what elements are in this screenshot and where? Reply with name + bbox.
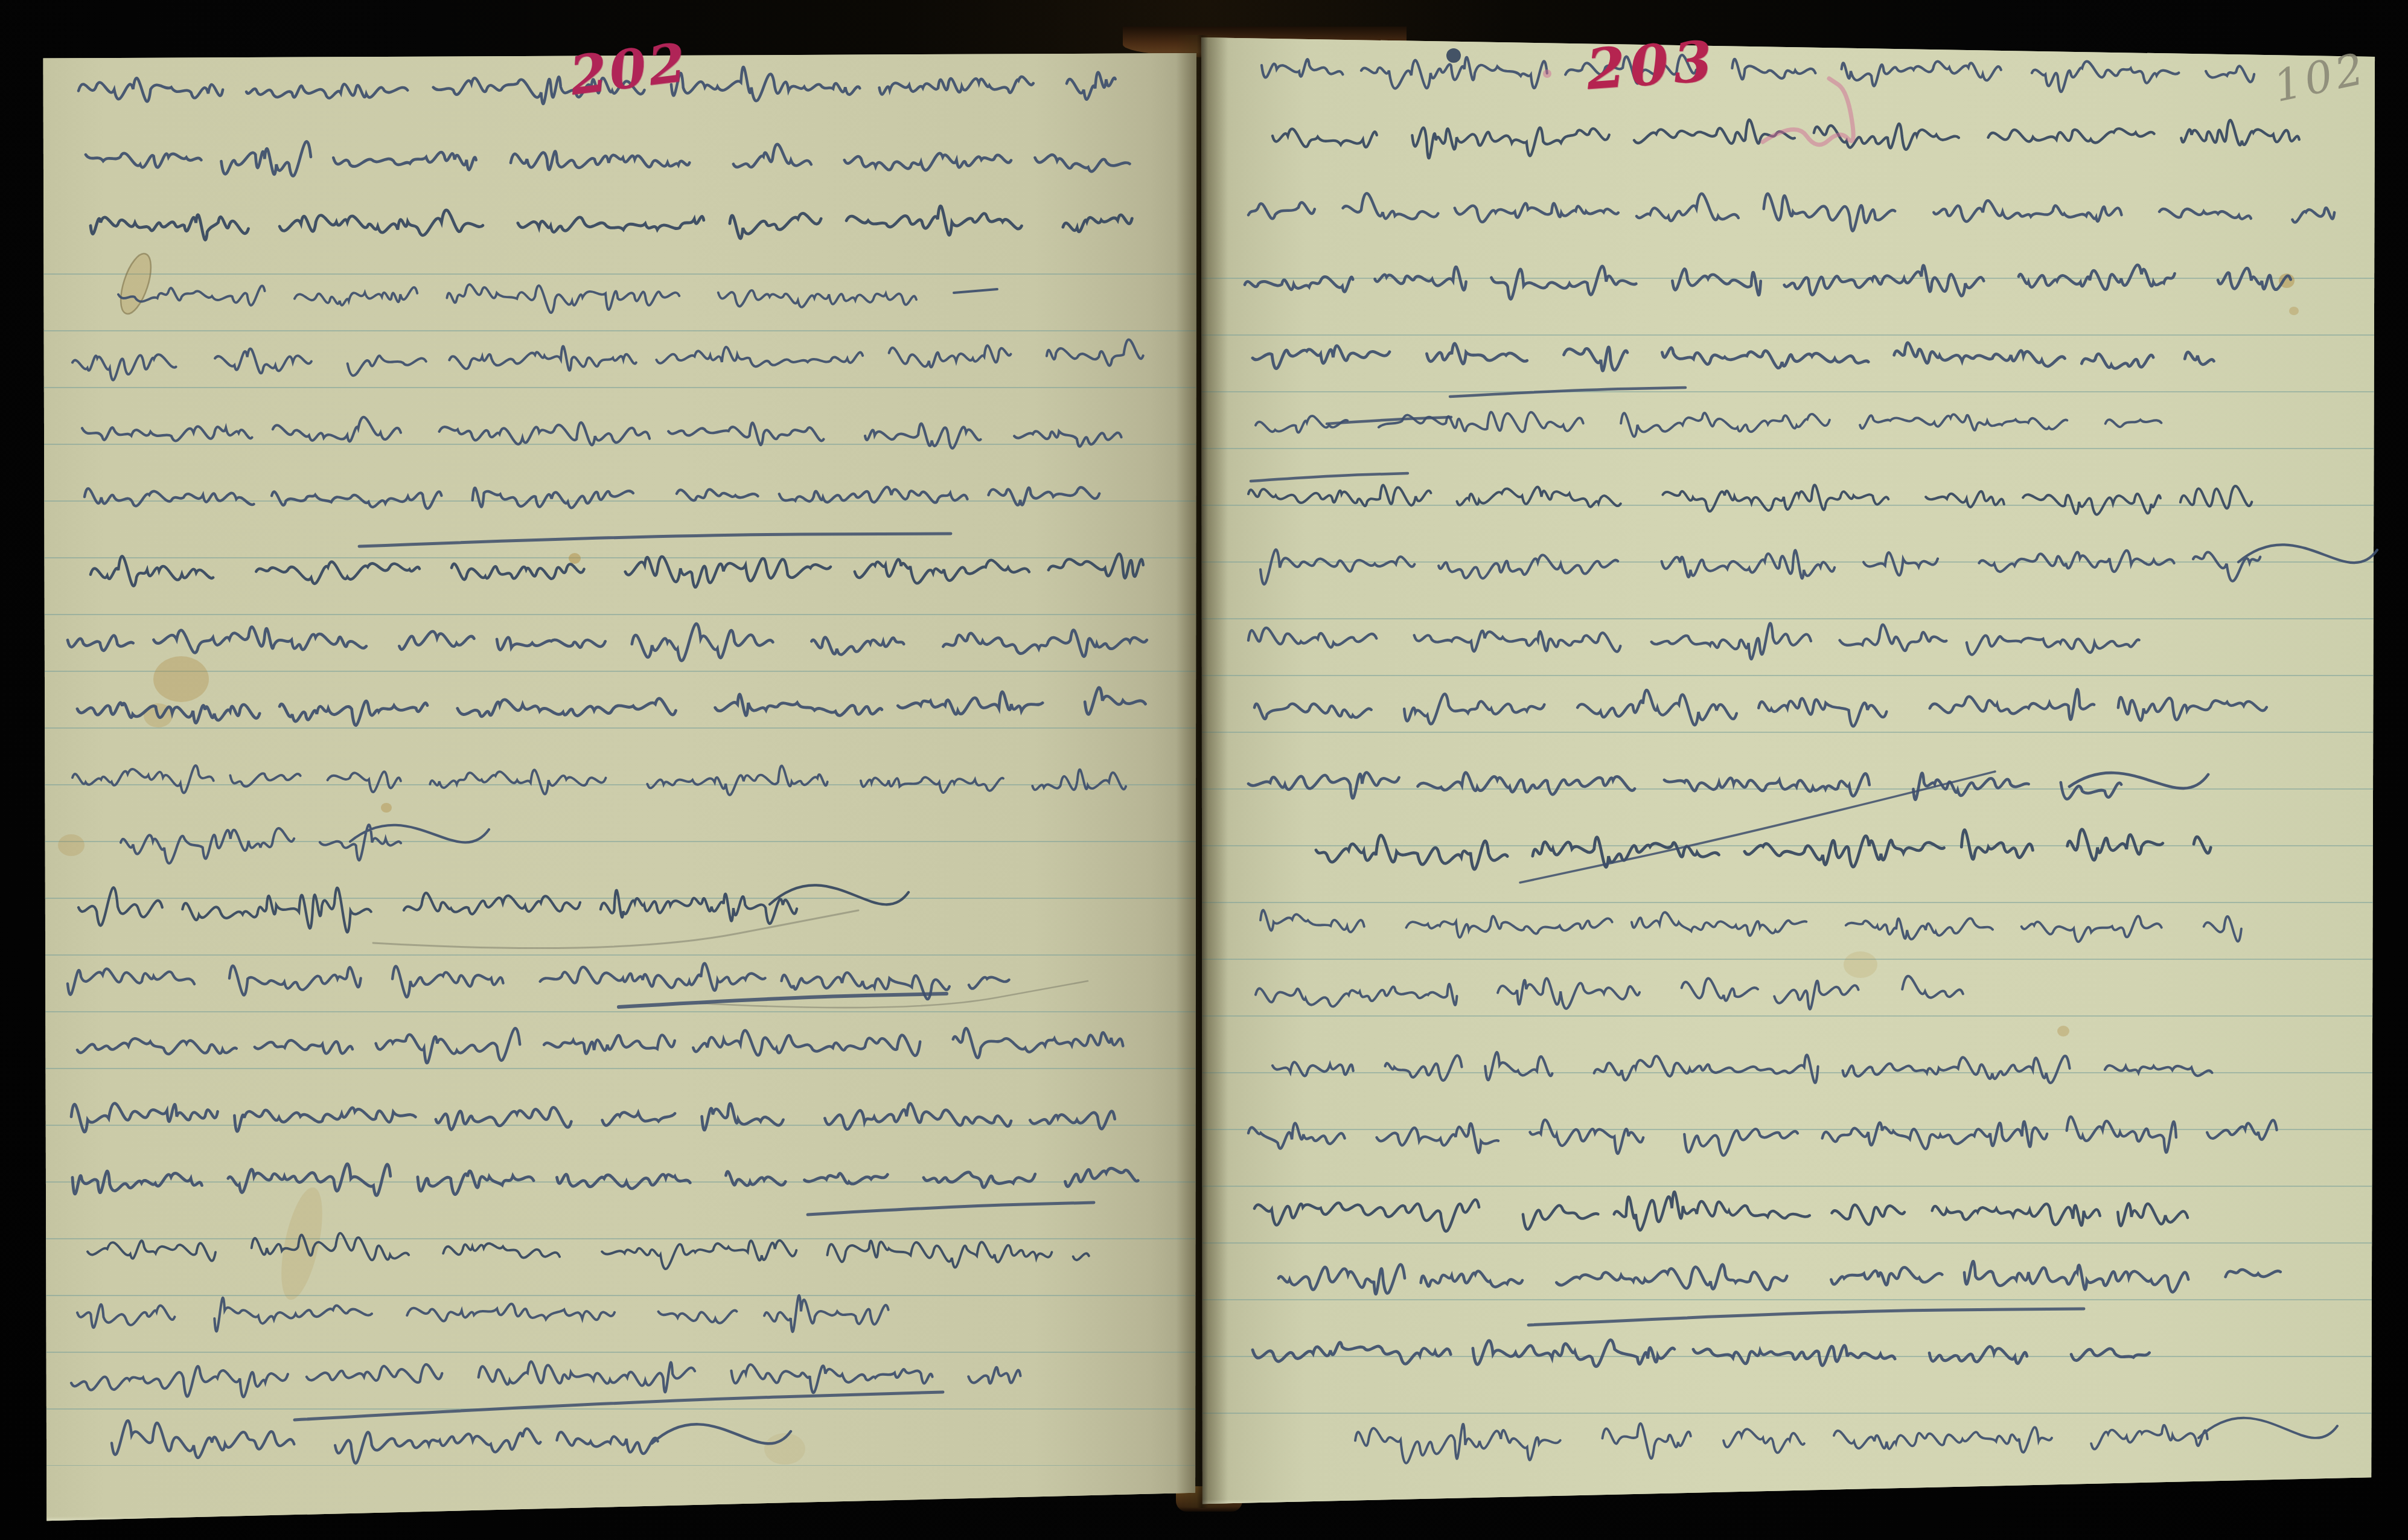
ink-flourish (295, 1392, 943, 1420)
handwriting-line (1256, 412, 2161, 437)
handwriting-line (1273, 120, 2299, 158)
handwriting-line (1262, 55, 2254, 92)
handwriting-line (1260, 910, 2241, 942)
handwriting-line (77, 1296, 889, 1332)
graphite-mark (373, 910, 858, 948)
handwriting-line (85, 487, 1099, 509)
handwriting-line (118, 284, 997, 313)
handwriting-line (112, 1420, 791, 1463)
handwriting-line (1245, 265, 2291, 299)
page-number-right: 203 (1584, 28, 1719, 103)
stain-group (58, 250, 2299, 1465)
pink-dot (1543, 69, 1551, 78)
handwriting-line (1248, 193, 2334, 231)
handwriting-line (1248, 773, 2208, 800)
handwriting-line (82, 417, 1122, 449)
ink-flourish-group (295, 48, 2084, 1420)
stain (569, 553, 581, 564)
handwriting-line (71, 1104, 1115, 1132)
handwriting-line (72, 1164, 1138, 1195)
handwriting-line (77, 688, 1146, 726)
ink-flourish (359, 534, 951, 546)
stain (153, 656, 209, 702)
handwriting-group (68, 55, 2377, 1463)
stain (115, 250, 157, 317)
ink-flourish (619, 994, 947, 1007)
stain (2289, 307, 2299, 315)
handwriting-line (72, 340, 1143, 380)
handwriting-line (68, 624, 1147, 660)
stain (58, 834, 85, 856)
notebook-photo: 202 203 102 (0, 0, 2408, 1540)
handwriting-line (1273, 1052, 2212, 1083)
handwriting-line (1254, 1192, 2188, 1231)
handwriting-line (71, 1361, 1020, 1397)
handwriting-line (1256, 976, 1963, 1009)
handwriting-line (1260, 545, 2377, 584)
stain (381, 803, 392, 813)
ink-blot (1446, 48, 1461, 63)
stain (2057, 1026, 2069, 1037)
handwriting-line (72, 765, 1126, 795)
graphite-group (373, 910, 1088, 1008)
handwriting-line (1316, 829, 2211, 869)
handwriting-line (1248, 485, 2252, 514)
ink-flourish (1528, 1309, 2084, 1325)
handwriting-line (1248, 1117, 2277, 1155)
stain (1844, 951, 1877, 978)
handwriting-line (91, 206, 1132, 240)
ink-flourish (1251, 473, 1408, 481)
handwriting-line (91, 554, 1143, 587)
handwriting-line (1253, 1340, 2150, 1367)
ink-flourish (808, 1203, 1094, 1215)
handwriting-line (77, 1028, 1123, 1063)
ink-flourish (1450, 388, 1685, 397)
handwriting-line (121, 825, 489, 863)
pink-scribble (1763, 78, 1853, 145)
handwriting-overlay (0, 0, 2408, 1540)
handwriting-line (1279, 1261, 2281, 1294)
handwriting-line (1248, 623, 2139, 659)
handwriting-line (1254, 689, 2267, 726)
handwriting-line (1253, 343, 2214, 371)
handwriting-line (86, 141, 1129, 176)
handwriting-line (1355, 1418, 2337, 1463)
handwriting-line (88, 1233, 1089, 1269)
